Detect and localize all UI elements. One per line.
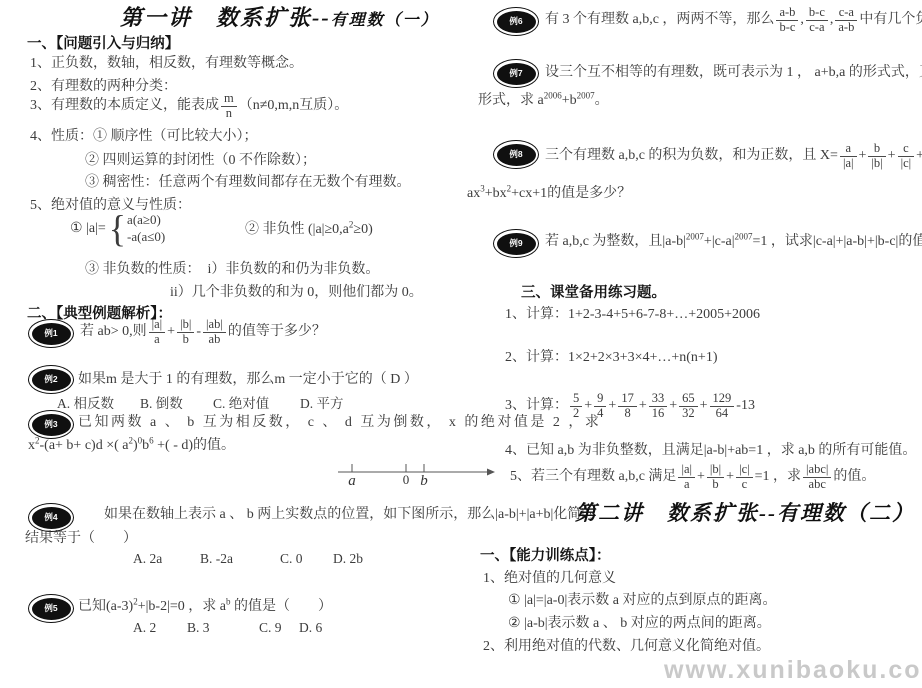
example1-text: 若 ab> 0,则|a|a+|b|b-|ab|ab的值等于多少？ [80,317,326,347]
example5-badge: 例5 [28,594,74,623]
example4-badge-label: 例4 [32,507,71,529]
intro-item-5c: ③ 非负数的性质： i）非负数的和仍为非负数。 [85,261,379,279]
example5-option-d: D. 6 [299,620,322,636]
lecture2-item-1b: ② |a-b|表示数 a 、 b 对应的两点间的距离。 [508,615,771,633]
intro-item-4: 4、性质：① 顺序性（可比较大小）； [30,128,258,146]
watermark: www.xunibaoku.com [664,655,922,686]
example5-option-a: A. 2 [133,620,156,636]
number-line: a 0 b [336,456,498,486]
number-line-label-a: a [348,473,356,486]
example2-text: 如果m 是大于 1 的有理数，那么m 一定小于它的（ D ） [78,371,418,389]
abs-def-lead: ① |a|= [70,220,106,238]
lecture2-item-1: 1、绝对值的几何意义 [483,570,616,588]
practice-item-5: 5、若三个有理数 a,b,c 满足|a|a+|b|b+|c|c=1 ，求|abc… [510,462,875,492]
abs-case-2: -a(a≤0) [127,229,165,246]
number-line-label-0: 0 [403,472,410,486]
example4-option-c: C. 0 [280,551,303,567]
example8-badge-label: 例8 [497,144,536,166]
example8-line2: ax3+bx2+cx+1的值是多少？ [467,185,631,203]
example4-option-a: A. 2a [133,551,162,567]
example1-badge-label: 例1 [32,323,71,345]
lecture2-title: 第二讲 数系扩张--有理数（二） [575,500,915,526]
abs-def-cases: { a(a≥0) -a(a≤0) [106,207,165,252]
number-line-arrow [487,469,495,476]
example6-badge-label: 例6 [497,11,536,33]
example5-badge-label: 例5 [32,598,71,620]
example2-option-a: A. 相反数 [57,392,114,412]
example4-option-b: B. -2a [200,551,233,567]
example7-line1: 设三个互不相等的有理数，既可表示为 1 ， a+b,a 的形式式，又可表示为 0… [545,58,922,88]
practice-item-1: 1、计算：1+2-3-4+5+6-7-8+…+2005+2006 [505,306,760,324]
lecture1-title: 第一讲 数系扩张--有理数（一） [120,4,439,32]
example5-option-b: B. 3 [187,620,210,636]
example9-badge-label: 例9 [497,233,536,255]
example8-badge: 例8 [493,140,539,169]
example2-badge: 例2 [28,365,74,394]
intro-item-4c: ③ 稠密性：任意两个有理数间都存在无数个有理数。 [85,174,411,192]
example7-badge: 例7 [493,59,539,88]
intro-item-5d: ii）几个非负数的和为 0，则他们都为 0。 [170,284,423,302]
worksheet-page: 第一讲 数系扩张--有理数（一） 一、【问题引入与归纳】 1、正负数，数轴，相反… [0,0,922,688]
example6-badge: 例6 [493,7,539,36]
example2-option-c: C. 绝对值 [213,392,269,412]
example2-option-b: B. 倒数 [140,392,183,412]
abs-case-1: a(a≥0) [127,212,165,229]
intro-item-3: 3、有理数的本质定义，能表成mn（n≠0,m,n互质）。 [30,92,348,120]
example1-badge: 例1 [28,319,74,348]
example7-badge-label: 例7 [497,63,536,85]
example2-badge-label: 例2 [32,369,71,391]
practice-item-4: 4、已知 a,b 为非负整数，且满足|a-b|+ab=1 ，求 a,b 的所有可… [505,442,916,460]
lecture2-item-2: 2、利用绝对值的代数、几何意义化简绝对值。 [483,638,770,656]
practice-item-3: 3、计算：52+94+178+3316+6532+12964-13 [505,390,755,422]
lecture1-title-main: 第一讲 数系扩张-- [120,5,331,30]
lecture1-title-sub: 有理数（一） [331,12,439,29]
example5-text: 已知(a-3)2+|b-2|=0 ，求 ab 的值是（ ） [78,598,332,616]
example4-line2: 结果等于（ ） [25,530,137,548]
lecture2-section1-heading: 一、【能力训练点】： [480,547,611,565]
section3-heading: 三、课堂备用练习题。 [521,284,666,302]
example4-option-d: D. 2b [333,551,363,567]
intro-item-4b: ② 四则运算的封闭性（0 不作除数）； [85,152,316,170]
example3-badge-label: 例3 [32,414,71,436]
example5-option-c: C. 9 [259,620,282,636]
abs-nonnegativity: ② 非负性 (|a|≥0,a2≥0) [245,221,373,239]
example3-line2: x2-(a+ b+ c)d ×( a2)0b6 +( - d)的值。 [28,437,235,455]
example6-text: 有 3 个有理数 a,b,c ，两两不等，那么a-bb-c,b-cc-a,c-a… [545,4,922,36]
lecture2-item-1a: ① |a|=|a-0|表示数 a 对应的点到原点的距离。 [508,592,776,610]
example2-option-d: D. 平方 [300,392,344,412]
abs-value-definition: ① |a|= { a(a≥0) -a(a≤0) [70,210,165,248]
example4-line1: 如果在数轴上表示 a 、 b 两上实数点的位置，如下图所示，那么|a-b|+|a… [104,506,595,524]
practice-item-2: 2、计算：1×2+2×3+3×4+…+n(n+1) [505,349,718,367]
example7-line2: 形式，求 a2006+b2007。 [478,92,609,110]
example9-text: 若 a,b,c 为整数，且|a-b|2007+|c-a|2007=1 ，试求|c… [545,233,922,251]
example8-line1: 三个有理数 a,b,c 的积为负数，和为正数，且 X=a|a|+b|b|+c|c… [545,139,922,173]
number-line-label-b: b [420,473,428,486]
brace-glyph: { [109,205,126,252]
example9-badge: 例9 [493,229,539,258]
example4-badge: 例4 [28,503,74,532]
section1-heading: 一、【问题引入与归纳】 [27,35,179,53]
intro-item-1: 1、正负数，数轴，相反数，有理数等概念。 [30,55,303,73]
